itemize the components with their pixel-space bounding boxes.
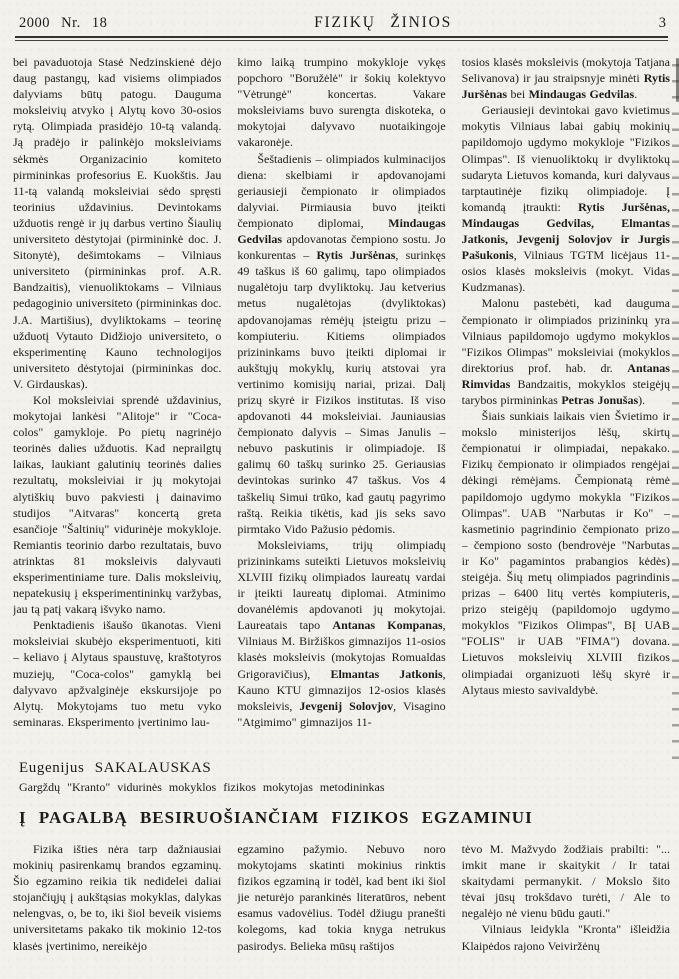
paragraph: Kol moksleiviai sprendė uždavinius, moky… bbox=[13, 392, 221, 617]
article1-column-1: bei pavaduotoja Stasė Nedzinskienė dėjo … bbox=[13, 54, 221, 756]
header-double-rule bbox=[15, 36, 668, 41]
article2-column-2: egzamino pažymio. Nebuvo noro mokytojams… bbox=[237, 841, 445, 973]
paragraph: Šiais sunkiais laikais vien Švietimo ir … bbox=[462, 408, 670, 698]
paragraph: Penktadienis išaušo ūkanotas. Vieni moks… bbox=[13, 617, 221, 730]
article2-title: Į PAGALBĄ BESIRUOŠIANČIAM FIZIKOS EGZAMI… bbox=[19, 808, 670, 828]
article2-column-3: tėvo M. Mažvydo žodžiais prabilti: "... … bbox=[462, 841, 670, 973]
article1-column-3: tosios klasės moksleivis (mokytoja Tatja… bbox=[462, 54, 670, 756]
article-olympiad-body: bei pavaduotoja Stasė Nedzinskienė dėjo … bbox=[13, 54, 670, 756]
paragraph: Moksleiviams, trijų olimpiadų prizininka… bbox=[237, 537, 445, 730]
paragraph: bei pavaduotoja Stasė Nedzinskienė dėjo … bbox=[13, 54, 221, 392]
byline-author: Eugenijus SAKALAUSKAS bbox=[19, 760, 670, 777]
article1-column-2: kimo laiką trumpino mokykloje vykęs popc… bbox=[237, 54, 445, 756]
article2-column-1: Fizika išties nėra tarp dažniausiai moki… bbox=[13, 841, 221, 973]
page-header: 2000 Nr. 18 FIZIKŲ ŽINIOS 3 bbox=[13, 0, 670, 35]
paragraph: kimo laiką trumpino mokykloje vykęs popc… bbox=[237, 54, 445, 151]
scanned-journal-page: { "header": { "issue": "2000 Nr. 18", "j… bbox=[0, 0, 679, 979]
journal-title: FIZIKŲ ŽINIOS bbox=[314, 14, 452, 32]
paragraph: Fizika išties nėra tarp dažniausiai moki… bbox=[13, 841, 221, 954]
paragraph: Malonu pastebėti, kad dauguma čempionato… bbox=[462, 295, 670, 408]
byline-role: Gargždų "Kranto" vidurinės mokyklos fizi… bbox=[19, 780, 670, 795]
byline: Eugenijus SAKALAUSKAS Gargždų "Kranto" v… bbox=[19, 760, 670, 795]
article-exam-body: Fizika išties nėra tarp dažniausiai moki… bbox=[13, 841, 670, 973]
paragraph: egzamino pažymio. Nebuvo noro mokytojams… bbox=[237, 841, 445, 954]
paragraph: tėvo M. Mažvydo žodžiais prabilti: "... … bbox=[462, 841, 670, 921]
paragraph: Vilniaus leidykla "Kronta" išleidžia Kla… bbox=[462, 921, 670, 953]
page: 2000 Nr. 18 FIZIKŲ ŽINIOS 3 bei pavaduot… bbox=[0, 0, 679, 973]
paragraph: Šeštadienis – olimpiados kulminacijos di… bbox=[237, 151, 445, 537]
page-number: 3 bbox=[659, 15, 666, 32]
paragraph: tosios klasės moksleivis (mokytoja Tatja… bbox=[462, 54, 670, 102]
issue-number: 2000 Nr. 18 bbox=[19, 15, 107, 32]
paragraph: Geriausieji devintokai gavo kvietimus mo… bbox=[462, 102, 670, 295]
